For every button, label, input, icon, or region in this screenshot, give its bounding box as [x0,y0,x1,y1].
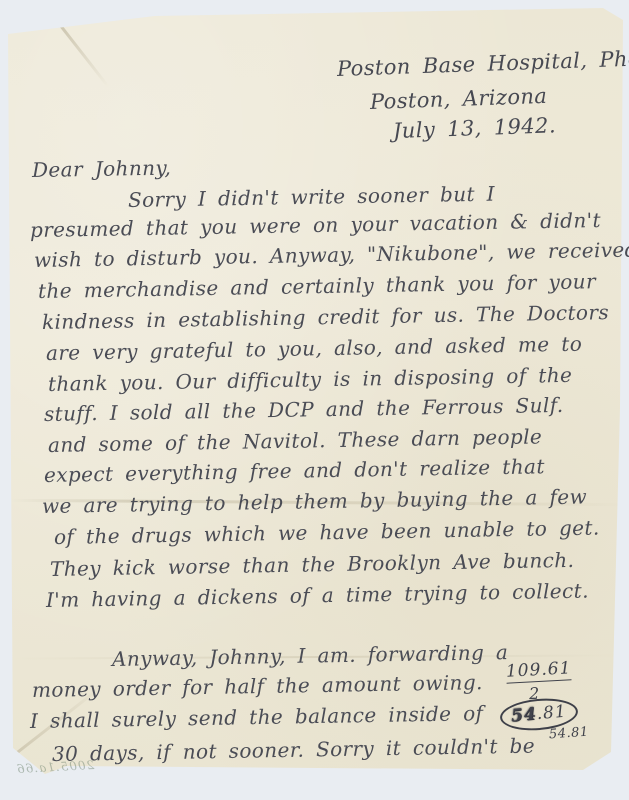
salutation: Dear Johnny, [32,156,172,182]
margin-calc-result-repeat: 54.81 [549,725,590,743]
archival-number-showthrough: 2005.1a.66 [16,758,95,776]
paper-crease [15,0,110,88]
margin-calc-result-rest: .81 [536,702,568,725]
scan-background: Poston Base Hospital, Phcy. Poston, Ariz… [0,0,629,800]
margin-calc-dividend: 109.61 [505,658,572,683]
margin-calc-result-bold: 54 [510,704,537,726]
